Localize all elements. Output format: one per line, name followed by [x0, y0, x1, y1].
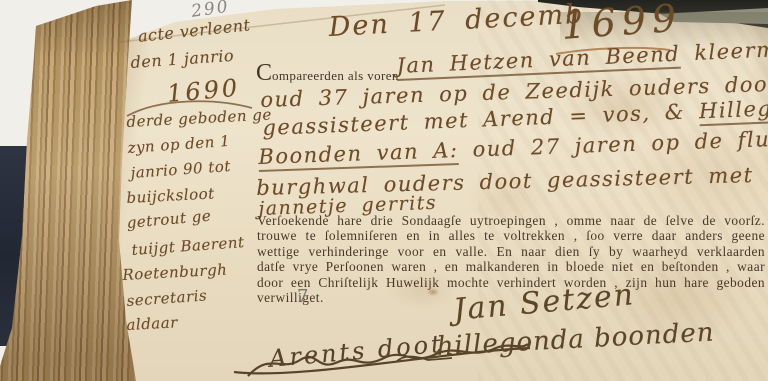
pencil-mark: 7 [297, 286, 308, 307]
printed-intro: Compareerden als voren [256, 60, 399, 87]
printed-initial: C [256, 60, 272, 86]
margin-note-line: aldaar [126, 313, 178, 334]
underlined-bride-name: Hillegonda [699, 94, 768, 126]
register-photograph: 290 Den 17 decemb 1699 acte verleent den… [0, 0, 768, 381]
entry-year: 1699 [560, 0, 683, 48]
printed-intro-text: ompareerden als voren [272, 68, 399, 83]
